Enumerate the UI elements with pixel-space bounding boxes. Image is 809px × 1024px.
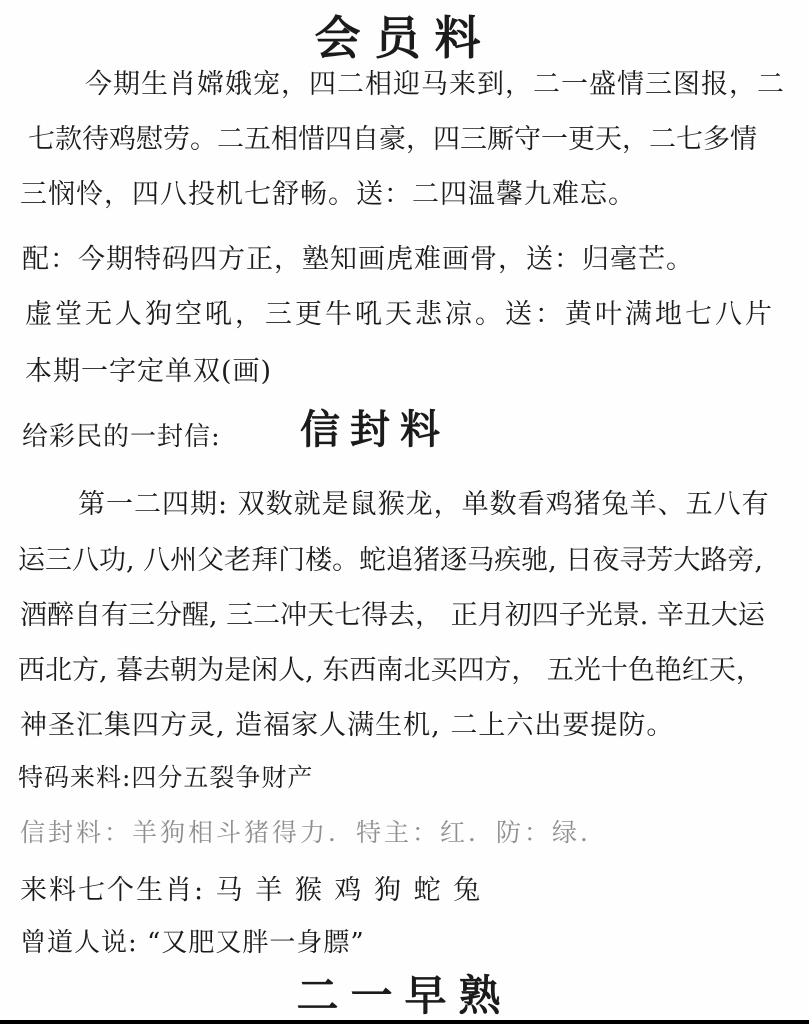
bottom-rule-divider bbox=[0, 1020, 809, 1024]
envelope-material-title: 信封料 bbox=[300, 398, 450, 455]
member-material-title: 会员料 bbox=[0, 2, 809, 68]
verse-line: 虚堂无人狗空吼，三更牛吼天悲凉。送：黄叶满地七八片 bbox=[25, 292, 775, 331]
zengdaoren-quote-line: 曾道人说: “又肥又胖一身膘” bbox=[20, 922, 365, 959]
single-double-line: 本期一字定单双(画) bbox=[25, 349, 272, 388]
pei-special-code-line: 配：今期特码四方正，塾知画虎难画骨，送：归毫芒。 bbox=[22, 237, 694, 276]
seven-zodiac-line: 来料七个生肖: 马 羊 猴 鸡 狗 蛇 兔 bbox=[20, 868, 482, 907]
envelope-note-faded-line: 信封料：羊狗相斗猪得力．特主：红．防：绿． bbox=[20, 813, 608, 849]
envelope-paragraph-line: 第一二四期: 双数就是鼠猴龙，单数看鸡猪兔羊、五八有 bbox=[78, 482, 770, 521]
member-paragraph-line: 今期生肖嫦娥宠，四二相迎马来到，二一盛情三图报，二 bbox=[85, 62, 785, 101]
early-ripe-footer-title: 二一早熟 bbox=[0, 963, 809, 1023]
envelope-paragraph-line: 西北方, 暮去朝为是闲人, 东西南北买四方， 五光十色艳红天， bbox=[18, 648, 763, 687]
member-paragraph-line: 七款待鸡慰劳。二五相惜四自豪，四三厮守一更天，二七多情 bbox=[28, 117, 757, 156]
letter-to-lottery-fans-label: 给彩民的一封信: bbox=[22, 416, 221, 453]
envelope-paragraph-line: 运三八功, 八州父老拜门楼。蛇追猪逐马疾驰, 日夜寻芳大路旁, bbox=[18, 538, 763, 577]
envelope-paragraph-line: 酒醉自有三分醒, 三二冲天七得去， 正月初四子光景. 辛丑大运 bbox=[20, 593, 765, 632]
envelope-paragraph-line: 神圣汇集四方灵, 造福家人满生机, 二上六出要提防。 bbox=[20, 703, 674, 742]
special-code-material-line: 特码来料:四分五裂争财产 bbox=[18, 758, 313, 794]
scanned-document-page: 会员料 今期生肖嫦娥宠，四二相迎马来到，二一盛情三图报，二 七款待鸡慰劳。二五相… bbox=[0, 0, 809, 1024]
member-paragraph-line: 三悯怜，四八投机七舒畅。送：二四温馨九难忘。 bbox=[20, 172, 636, 211]
